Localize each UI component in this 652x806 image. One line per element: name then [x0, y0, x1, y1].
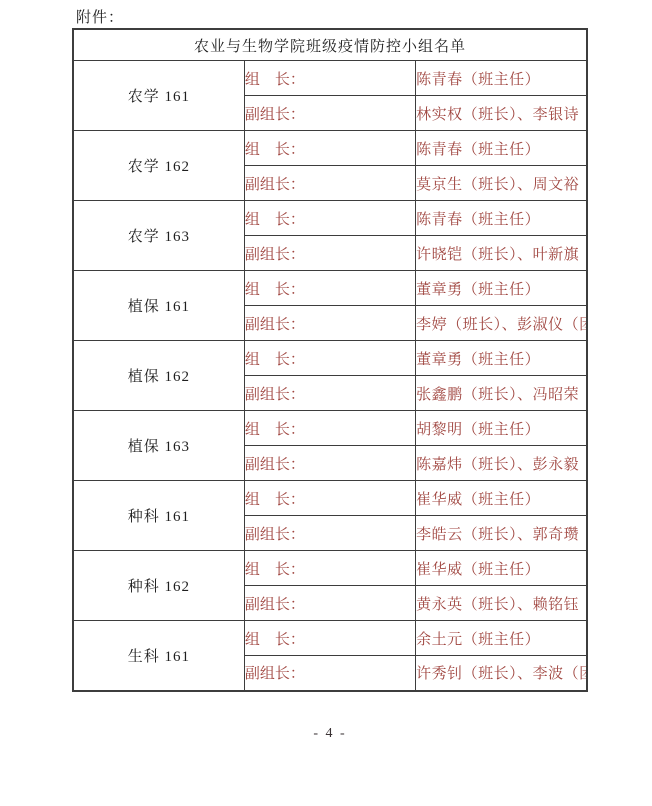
deputy-names: 陈嘉炜（班长）、彭永毅（团支书） [416, 446, 587, 481]
group-leader-row: 植保 161组 长：董章勇（班主任） [73, 271, 587, 306]
deputy-label: 副组长： [244, 236, 415, 271]
leader-label: 组 长： [244, 481, 415, 516]
deputy-names: 李婷（班长）、彭淑仪（团支书） [416, 306, 587, 341]
leader-name: 陈青春（班主任） [416, 201, 587, 236]
class-name-cell: 种科 162 [73, 551, 244, 621]
group-leader-row: 植保 163组 长：胡黎明（班主任） [73, 411, 587, 446]
deputy-names: 许晓铠（班长）、叶新旗（团支书） [416, 236, 587, 271]
leader-name: 陈青春（班主任） [416, 61, 587, 96]
covid-control-roster-table: 农业与生物学院班级疫情防控小组名单 农学 161组 长：陈青春（班主任）副组长：… [72, 28, 588, 692]
deputy-label: 副组长： [244, 516, 415, 551]
class-name-cell: 植保 161 [73, 271, 244, 341]
deputy-label: 副组长： [244, 166, 415, 201]
leader-name: 崔华威（班主任） [416, 551, 587, 586]
deputy-names: 莫京生（班长）、周文裕（团支书） [416, 166, 587, 201]
class-name-cell: 农学 162 [73, 131, 244, 201]
leader-label: 组 长： [244, 341, 415, 376]
class-name-cell: 植保 163 [73, 411, 244, 481]
deputy-names: 许秀钊（班长）、李波（团支书） [416, 656, 587, 691]
class-name-cell: 农学 161 [73, 61, 244, 131]
deputy-label: 副组长： [244, 306, 415, 341]
leader-name: 崔华威（班主任） [416, 481, 587, 516]
class-name-cell: 生科 161 [73, 621, 244, 691]
group-leader-row: 生科 161组 长：余土元（班主任） [73, 621, 587, 656]
class-name-cell: 农学 163 [73, 201, 244, 271]
leader-label: 组 长： [244, 551, 415, 586]
class-name-cell: 种科 161 [73, 481, 244, 551]
deputy-names: 李皓云（班长）、郭奇瓒（团支书） [416, 516, 587, 551]
group-leader-row: 农学 162组 长：陈青春（班主任） [73, 131, 587, 166]
group-leader-row: 农学 161组 长：陈青春（班主任） [73, 61, 587, 96]
table-body: 农学 161组 长：陈青春（班主任）副组长：林实权（班长）、李银诗（团支书）农学… [73, 61, 587, 691]
leader-name: 陈青春（班主任） [416, 131, 587, 166]
deputy-label: 副组长： [244, 96, 415, 131]
leader-label: 组 长： [244, 131, 415, 166]
leader-label: 组 长： [244, 411, 415, 446]
deputy-names: 张鑫鹏（班长）、冯昭荣（团支书） [416, 376, 587, 411]
group-leader-row: 植保 162组 长：董章勇（班主任） [73, 341, 587, 376]
group-leader-row: 农学 163组 长：陈青春（班主任） [73, 201, 587, 236]
class-name-cell: 植保 162 [73, 341, 244, 411]
leader-name: 余土元（班主任） [416, 621, 587, 656]
leader-label: 组 长： [244, 271, 415, 306]
deputy-names: 黄永英（班长）、赖铭钰（团支书） [416, 586, 587, 621]
page-number: - 4 - [72, 726, 588, 742]
table-title: 农业与生物学院班级疫情防控小组名单 [73, 29, 587, 61]
group-leader-row: 种科 161组 长：崔华威（班主任） [73, 481, 587, 516]
leader-name: 董章勇（班主任） [416, 271, 587, 306]
leader-label: 组 长： [244, 621, 415, 656]
deputy-label: 副组长： [244, 376, 415, 411]
table-title-row: 农业与生物学院班级疫情防控小组名单 [73, 29, 587, 61]
leader-label: 组 长： [244, 201, 415, 236]
group-leader-row: 种科 162组 长：崔华威（班主任） [73, 551, 587, 586]
leader-label: 组 长： [244, 61, 415, 96]
deputy-label: 副组长： [244, 656, 415, 691]
leader-name: 胡黎明（班主任） [416, 411, 587, 446]
deputy-label: 副组长： [244, 446, 415, 481]
leader-name: 董章勇（班主任） [416, 341, 587, 376]
deputy-label: 副组长： [244, 586, 415, 621]
deputy-names: 林实权（班长）、李银诗（团支书） [416, 96, 587, 131]
document-page: 附件： 农业与生物学院班级疫情防控小组名单 农学 161组 长：陈青春（班主任）… [0, 0, 652, 806]
attachment-label: 附件： [76, 6, 124, 27]
